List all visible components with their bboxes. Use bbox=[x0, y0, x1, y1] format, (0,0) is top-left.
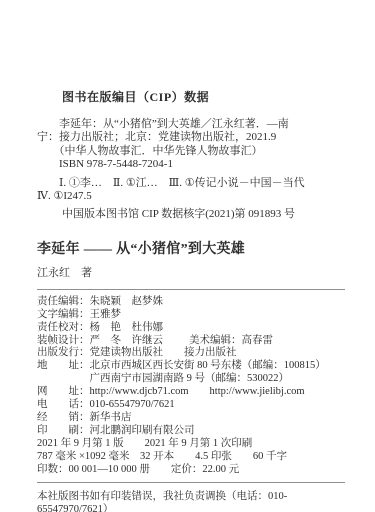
colophon-value: 印数：00 001—10 000 册 定价：22.00 元 bbox=[37, 464, 239, 475]
cip-entry: 李延年：从“小猪倌”到大英雄／江永红著．—南宁：接力出版社；北京：党建读物出版社… bbox=[37, 118, 345, 172]
footer-note: 本社版图书如有印装错误，我社负责调换（电话：010-65547970/7621） bbox=[37, 490, 345, 512]
colophon-label: 电 话： bbox=[37, 399, 90, 410]
colophon-label: 经 销： bbox=[37, 412, 90, 423]
divider-line bbox=[37, 289, 345, 290]
cip-entry-line: 宁：接力出版社；北京：党建读物出版社，2021.9 bbox=[37, 131, 345, 144]
colophon-label: 责任校对： bbox=[37, 322, 90, 333]
colophon-row: 责任编辑：朱晓颖 赵梦姝 bbox=[37, 296, 345, 309]
colophon-label: 责任编辑： bbox=[37, 296, 90, 307]
colophon-value: 广西南宁市园湖南路 9 号（邮编：530022） bbox=[90, 373, 290, 384]
footer-divider-line bbox=[37, 482, 345, 483]
colophon-value: 严 冬 许继云 bbox=[90, 335, 164, 346]
colophon-rows: 责任编辑：朱晓颖 赵梦姝文字编辑：王雅梦责任校对：杨 艳 杜伟娜装帧设计：严 冬… bbox=[37, 296, 345, 477]
colophon-value: 北京市西城区西长安街 80 号东楼（邮编：100815） bbox=[90, 360, 326, 371]
colophon-label: 文字编辑： bbox=[37, 309, 90, 320]
colophon-row: 787 毫米 ×1092 毫米 32 开本 4.5 印张 60 千字 bbox=[37, 451, 345, 464]
colophon-value: 朱晓颖 赵梦姝 bbox=[90, 296, 164, 307]
colophon-value: 新华书店 bbox=[90, 412, 132, 423]
cip-entry-line: （中华人物故事汇．中华先锋人物故事汇） bbox=[37, 145, 345, 158]
cip-entry-line: ISBN 978-7-5448-7204-1 bbox=[37, 158, 345, 171]
colophon-value: http://www.djcb71.com http://www.jielibj… bbox=[90, 386, 305, 397]
author-line: 江永红 著 bbox=[37, 264, 345, 280]
cip-heading: 图书在版编目（CIP）数据 bbox=[37, 88, 345, 105]
colophon-row: 电 话：010-65547970/7621 bbox=[37, 399, 345, 412]
colophon-value: 010-65547970/7621 bbox=[90, 399, 175, 410]
cip-class-line: Ⅳ. ①I247.5 bbox=[37, 190, 345, 203]
colophon-section: 责任编辑：朱晓颖 赵梦姝文字编辑：王雅梦责任校对：杨 艳 杜伟娜装帧设计：严 冬… bbox=[37, 296, 345, 477]
colophon-row: 出版发行：党建读物出版社 接力出版社 bbox=[37, 347, 345, 360]
colophon-row: 广西南宁市园湖南路 9 号（邮编：530022） bbox=[37, 373, 345, 386]
book-title: 李延年 —— 从“小猪倌”到大英雄 bbox=[37, 238, 345, 258]
title-block: 李延年 —— 从“小猪倌”到大英雄 江永红 著 bbox=[37, 238, 345, 280]
colophon-value: 杨 艳 杜伟娜 bbox=[90, 322, 164, 333]
book-copyright-page: 图书在版编目（CIP）数据 李延年：从“小猪倌”到大英雄／江永红著．—南宁：接力… bbox=[0, 0, 375, 512]
colophon-row: 2021 年 9 月第 1 版 2021 年 9 月第 1 次印刷 bbox=[37, 438, 345, 451]
colophon-row: 责任校对：杨 艳 杜伟娜 bbox=[37, 322, 345, 335]
cip-entry-line: 李延年：从“小猪倌”到大英雄／江永红著．—南 bbox=[37, 118, 345, 131]
colophon-row: 网 址：http://www.djcb71.com http://www.jie… bbox=[37, 386, 345, 399]
colophon-row: 印 刷：河北鹏润印刷有限公司 bbox=[37, 425, 345, 438]
colophon-row: 地 址：北京市西城区西长安街 80 号东楼（邮编：100815） bbox=[37, 360, 345, 373]
colophon-row: 经 销：新华书店 bbox=[37, 412, 345, 425]
colophon-label: 美术编辑： bbox=[189, 335, 242, 346]
colophon-value: 2021 年 9 月第 1 版 2021 年 9 月第 1 次印刷 bbox=[37, 438, 252, 449]
cip-section: 图书在版编目（CIP）数据 李延年：从“小猪倌”到大英雄／江永红著．—南宁：接力… bbox=[37, 88, 345, 222]
colophon-value: 党建读物出版社 接力出版社 bbox=[90, 347, 237, 358]
colophon-row: 印数：00 001—10 000 册 定价：22.00 元 bbox=[37, 464, 345, 477]
colophon-value: 王雅梦 bbox=[90, 309, 122, 320]
colophon-row: 装帧设计：严 冬 许继云美术编辑：高春雷 bbox=[37, 335, 345, 348]
colophon-row: 文字编辑：王雅梦 bbox=[37, 309, 345, 322]
cip-classification: Ⅰ. ①李… Ⅱ. ①江… Ⅲ. ①传记小说－中国－当代Ⅳ. ①I247.5 bbox=[37, 177, 345, 204]
cip-registry: 中国版本图书馆 CIP 数据核字(2021)第 091893 号 bbox=[37, 208, 345, 221]
colophon-label bbox=[37, 373, 90, 384]
cip-class-line: Ⅰ. ①李… Ⅱ. ①江… Ⅲ. ①传记小说－中国－当代 bbox=[37, 177, 345, 190]
colophon-label: 装帧设计： bbox=[37, 335, 90, 346]
colophon-label: 地 址： bbox=[37, 360, 90, 371]
colophon-label: 出版发行： bbox=[37, 347, 90, 358]
colophon-value: 河北鹏润印刷有限公司 bbox=[90, 425, 195, 436]
colophon-value: 高春雷 bbox=[242, 335, 274, 346]
colophon-label: 网 址： bbox=[37, 386, 90, 397]
colophon-value: 787 毫米 ×1092 毫米 32 开本 4.5 印张 60 千字 bbox=[37, 451, 287, 462]
colophon-label: 印 刷： bbox=[37, 425, 90, 436]
